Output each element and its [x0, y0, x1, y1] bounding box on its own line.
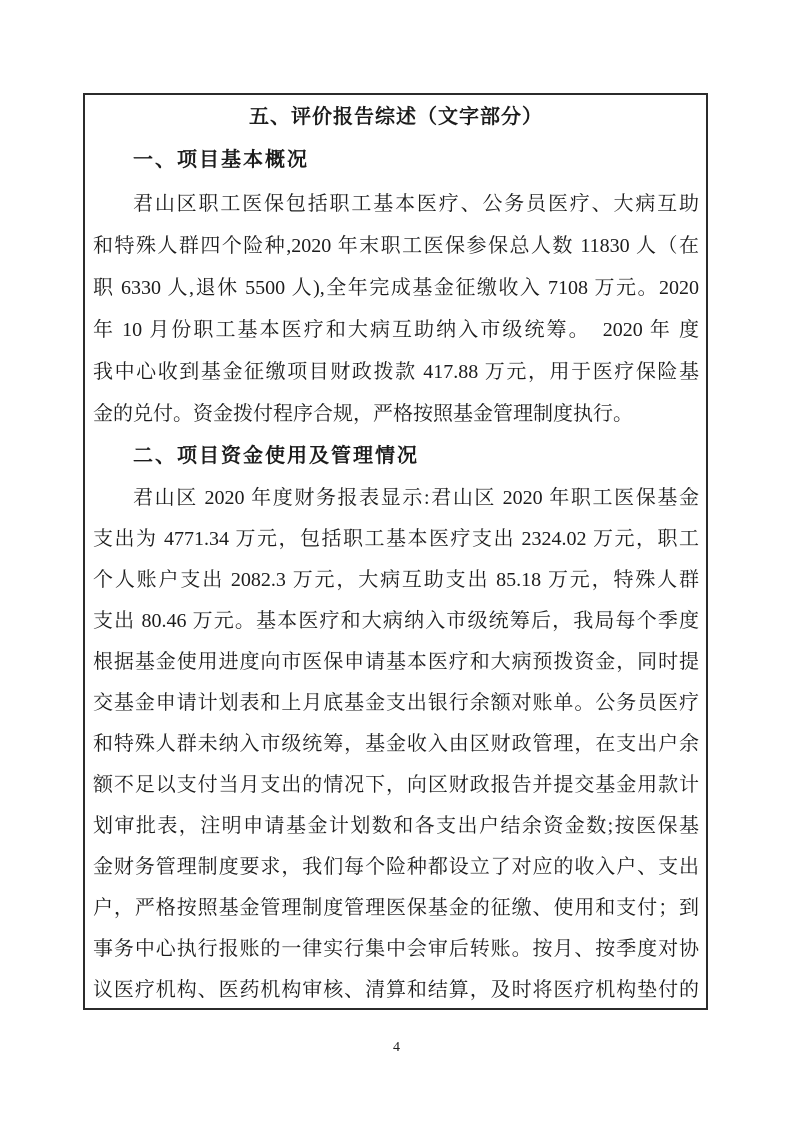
- text-line: 额不足以支付当月支出的情况下，向区财政报告并提交基金用款计: [93, 765, 699, 806]
- document-page: 五、评价报告综述（文字部分） 一、项目基本概况 君山区职工医保包括职工基本医疗、…: [0, 0, 793, 1122]
- text-line: 和特殊人群四个险种,2020 年末职工医保参保总人数 11830 人（在: [93, 225, 699, 267]
- text-line: 交基金申请计划表和上月底基金支出银行余额对账单。公务员医疗: [93, 683, 699, 724]
- text-line: 君山区 2020 年度财务报表显示:君山区 2020 年职工医保基金: [93, 478, 699, 519]
- section1-heading: 一、项目基本概况: [93, 137, 699, 183]
- text-line: 议医疗机构、医药机构审核、清算和结算，及时将医疗机构垫付的: [93, 970, 699, 1010]
- text-line: 我中心收到基金征缴项目财政拨款 417.88 万元，用于医疗保险基: [93, 351, 699, 393]
- text-line: 支出 80.46 万元。基本医疗和大病纳入市级统筹后，我局每个季度: [93, 601, 699, 642]
- text-line: 支出为 4771.34 万元，包括职工基本医疗支出 2324.02 万元，职工: [93, 519, 699, 560]
- text-line: 金的兑付。资金拨付程序合规，严格按照基金管理制度执行。: [93, 393, 699, 435]
- report-title: 五、评价报告综述（文字部分）: [93, 97, 699, 137]
- section2-paragraph: 君山区 2020 年度财务报表显示:君山区 2020 年职工医保基金 支出为 4…: [93, 478, 699, 1010]
- text-line: 划审批表，注明申请基金计划数和各支出户结余资金数;按医保基: [93, 806, 699, 847]
- section1-paragraph: 君山区职工医保包括职工基本医疗、公务员医疗、大病互助 和特殊人群四个险种,202…: [93, 183, 699, 435]
- page-number: 4: [0, 1036, 793, 1060]
- text-line: 年 10 月份职工基本医疗和大病互助纳入市级统筹。 2020 年 度: [93, 309, 699, 351]
- text-line: 户，严格按照基金管理制度管理医保基金的征缴、使用和支付；到: [93, 888, 699, 929]
- content-border-frame: 五、评价报告综述（文字部分） 一、项目基本概况 君山区职工医保包括职工基本医疗、…: [83, 93, 708, 1010]
- text-line: 君山区职工医保包括职工基本医疗、公务员医疗、大病互助: [93, 183, 699, 225]
- section2-heading: 二、项目资金使用及管理情况: [93, 435, 699, 478]
- text-line: 事务中心执行报账的一律实行集中会审后转账。按月、按季度对协: [93, 929, 699, 970]
- text-line: 根据基金使用进度向市医保申请基本医疗和大病预拨资金，同时提: [93, 642, 699, 683]
- text-line: 个人账户支出 2082.3 万元，大病互助支出 85.18 万元，特殊人群: [93, 560, 699, 601]
- text-line: 和特殊人群未纳入市级统筹，基金收入由区财政管理，在支出户余: [93, 724, 699, 765]
- text-line: 职 6330 人,退休 5500 人),全年完成基金征缴收入 7108 万元。2…: [93, 267, 699, 309]
- text-line: 金财务管理制度要求，我们每个险种都设立了对应的收入户、支出: [93, 847, 699, 888]
